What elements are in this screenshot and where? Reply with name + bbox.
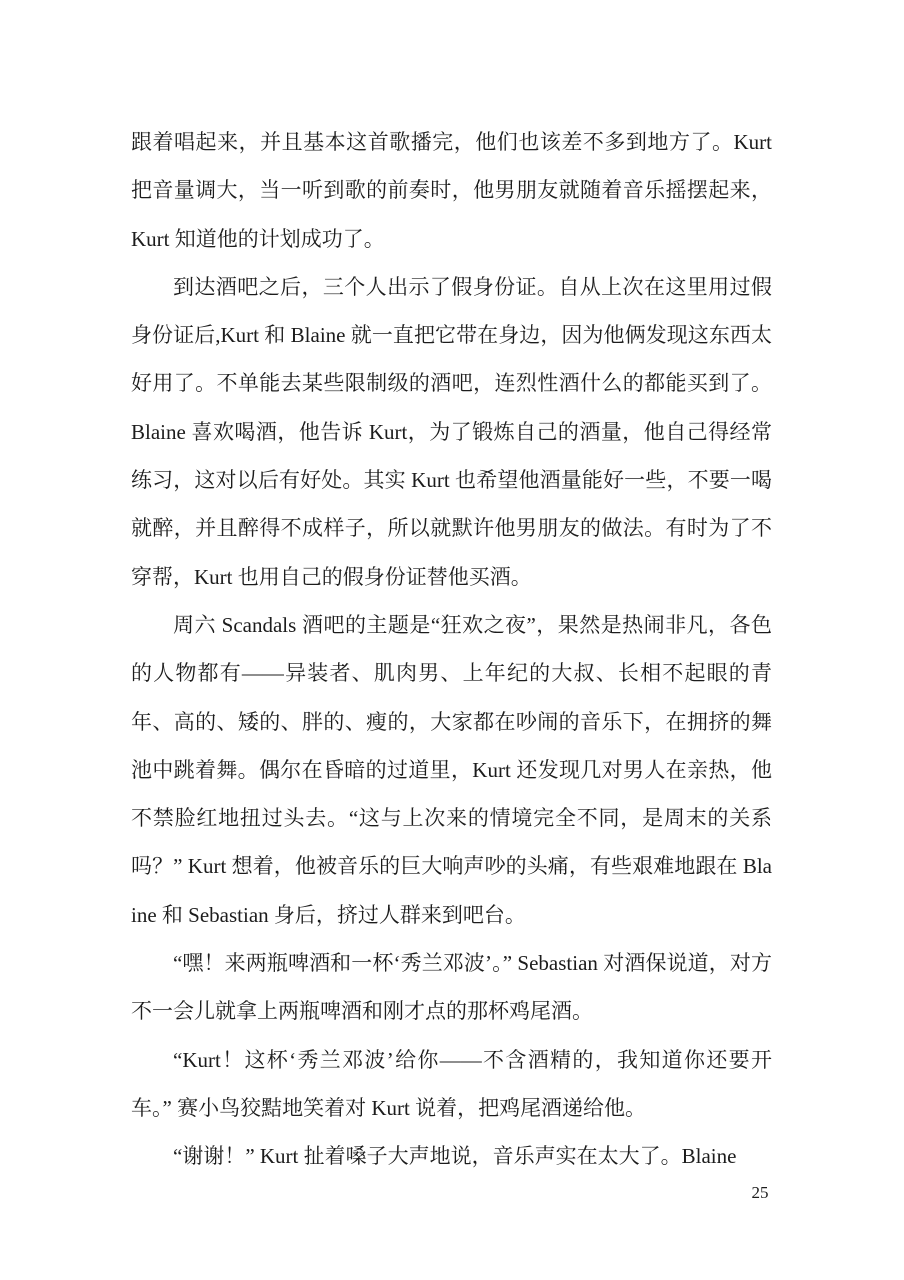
body-text: 跟着唱起来，并且基本这首歌播完，他们也该差不多到地方了。Kurt 把音量调大，当… (131, 118, 772, 1181)
paragraph: 跟着唱起来，并且基本这首歌播完，他们也该差不多到地方了。Kurt 把音量调大，当… (131, 118, 772, 263)
paragraph: 到达酒吧之后，三个人出示了假身份证。自从上次在这里用过假身份证后,Kurt 和 … (131, 263, 772, 601)
page-number: 25 (748, 1183, 772, 1203)
document-page: 跟着唱起来，并且基本这首歌播完，他们也该差不多到地方了。Kurt 把音量调大，当… (0, 0, 904, 1280)
paragraph: “谢谢！” Kurt 扯着嗓子大声地说，音乐声实在太大了。Blaine (131, 1132, 772, 1180)
paragraph: 周六 Scandals 酒吧的主题是“狂欢之夜”，果然是热闹非凡，各色的人物都有… (131, 601, 772, 939)
paragraph: “Kurt！这杯‘秀兰邓波’给你——不含酒精的，我知道你还要开车。” 赛小鸟狡黠… (131, 1036, 772, 1133)
paragraph: “嘿！来两瓶啤酒和一杯‘秀兰邓波’。” Sebastian 对酒保说道，对方不一… (131, 939, 772, 1036)
